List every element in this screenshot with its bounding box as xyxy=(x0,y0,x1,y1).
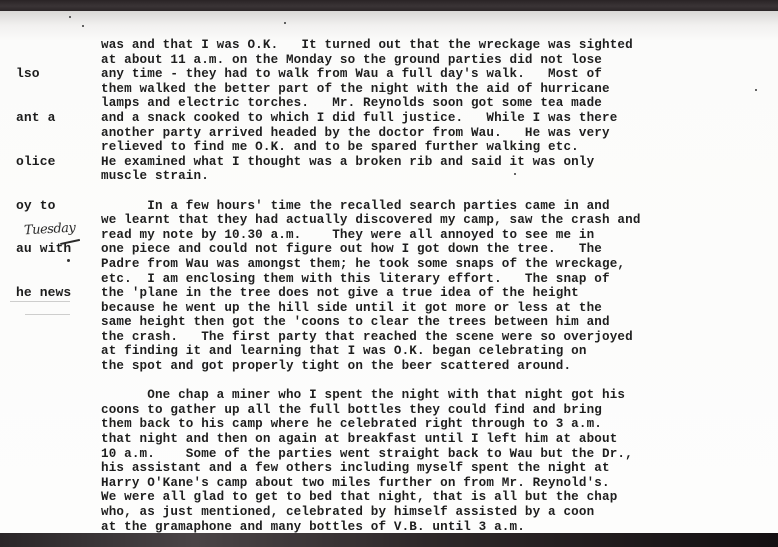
paragraph: was and that I was O.K. It turned out th… xyxy=(101,38,761,184)
text-line: coons to gather up all the full bottles … xyxy=(101,403,761,418)
text-line: another party arrived headed by the doct… xyxy=(101,126,761,141)
text-line: etc. I am enclosing them with this liter… xyxy=(101,272,761,287)
scan-frame-bottom xyxy=(0,533,778,547)
text-line: one piece and could not figure out how I… xyxy=(101,242,761,257)
margin-note-line: ant a xyxy=(16,111,71,126)
text-line: Padre from Wau was amongst them; he took… xyxy=(101,257,761,272)
margin-note-line: au with xyxy=(16,242,71,257)
text-line: them back to his camp where he celebrate… xyxy=(101,417,761,432)
margin-note-line: lso xyxy=(16,67,71,82)
text-line: the crash. The first party that reached … xyxy=(101,330,761,345)
text-line: In a few hours' time the recalled search… xyxy=(101,199,761,214)
ink-speck xyxy=(82,25,84,27)
text-line: the 'plane in the tree does not give a t… xyxy=(101,286,761,301)
text-line: He examined what I thought was a broken … xyxy=(101,155,761,170)
text-line: at the gramaphone and many bottles of V.… xyxy=(101,520,761,535)
text-line: muscle strain. xyxy=(101,169,761,184)
text-line: who, as just mentioned, celebrated by hi… xyxy=(101,505,761,520)
text-line: that night and then on again at breakfas… xyxy=(101,432,761,447)
text-line: at about 11 a.m. on the Monday so the gr… xyxy=(101,53,761,68)
paragraph: In a few hours' time the recalled search… xyxy=(101,199,761,374)
ink-speck xyxy=(69,16,71,18)
text-line: same height then got the 'coons to clear… xyxy=(101,315,761,330)
text-line: relieved to find me O.K. and to be spare… xyxy=(101,140,761,155)
scan-frame: lso ant a olice oy to au with he news Tu… xyxy=(0,0,778,547)
text-line: read my note by 10.30 a.m. They were all… xyxy=(101,228,761,243)
text-line: any time - they had to walk from Wau a f… xyxy=(101,67,761,82)
handwritten-annotation: Tuesday xyxy=(24,221,76,239)
letter-body: was and that I was O.K. It turned out th… xyxy=(101,38,761,534)
text-line: at finding it and learning that I was O.… xyxy=(101,344,761,359)
margin-note-line: olice xyxy=(16,155,71,170)
ink-speck xyxy=(284,22,286,24)
text-line: lamps and electric torches. Mr. Reynolds… xyxy=(101,96,761,111)
text-line: was and that I was O.K. It turned out th… xyxy=(101,38,761,53)
margin-notes: lso ant a olice oy to au with he news xyxy=(16,38,71,330)
paragraph: One chap a miner who I spent the night w… xyxy=(101,388,761,534)
text-line: 10 a.m. Some of the parties went straigh… xyxy=(101,447,761,462)
text-line: One chap a miner who I spent the night w… xyxy=(101,388,761,403)
margin-note-line: he news xyxy=(16,286,71,301)
text-line: the spot and got properly tight on the b… xyxy=(101,359,761,374)
text-line: them walked the better part of the night… xyxy=(101,82,761,97)
margin-note-line: oy to xyxy=(16,199,71,214)
text-line: we learnt that they had actually discove… xyxy=(101,213,761,228)
text-line: and a snack cooked to which I did full j… xyxy=(101,111,761,126)
text-line: Harry O'Kane's camp about two miles furt… xyxy=(101,476,761,491)
text-line: We were all glad to get to bed that nigh… xyxy=(101,490,761,505)
text-line: his assistant and a few others including… xyxy=(101,461,761,476)
text-line: because he went up the hill side until i… xyxy=(101,301,761,316)
